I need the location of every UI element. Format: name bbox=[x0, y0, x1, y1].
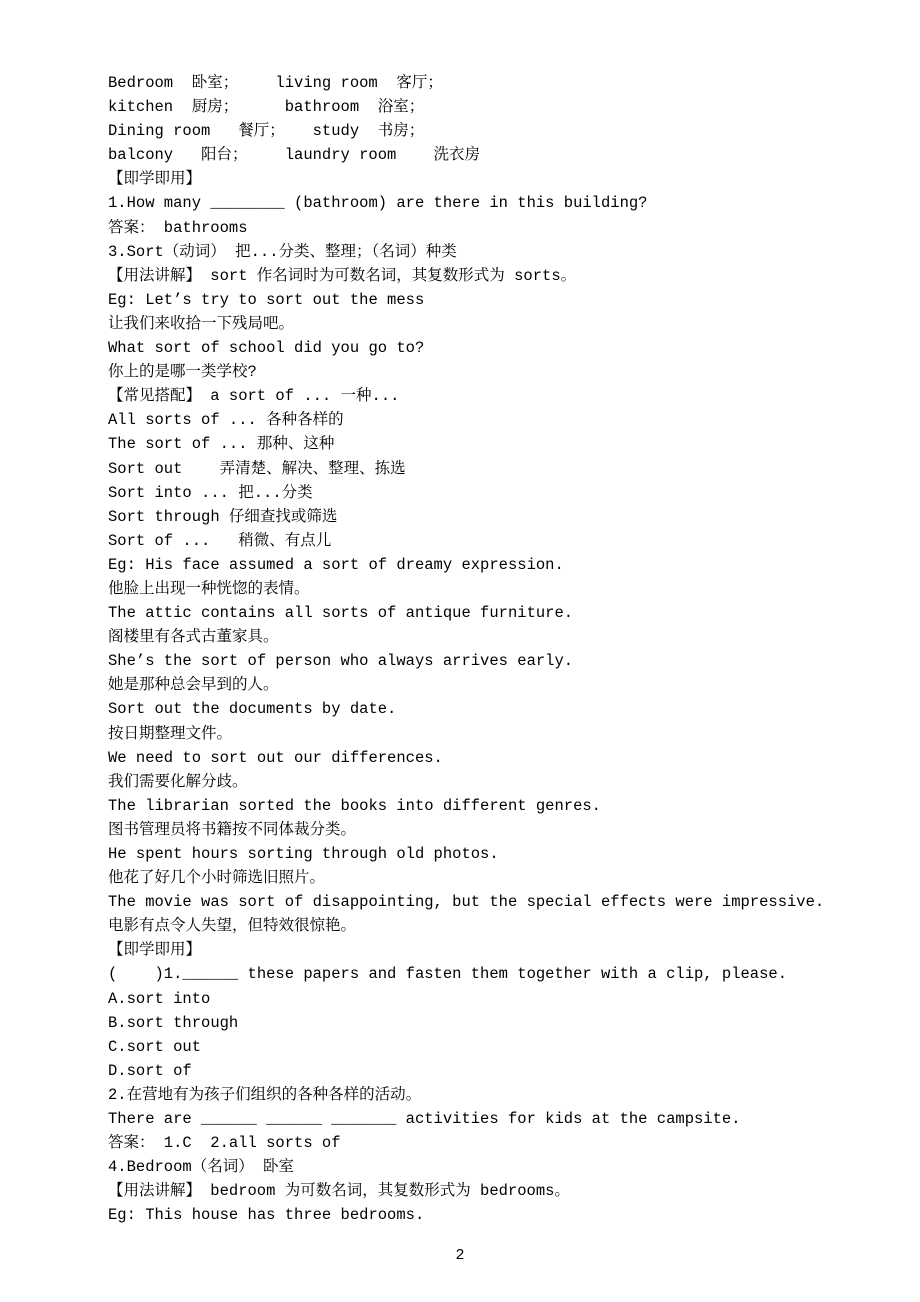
document-line: She’s the sort of person who always arri… bbox=[108, 649, 910, 673]
document-line: 他脸上出现一种恍惚的表情。 bbox=[108, 577, 910, 601]
document-line: The attic contains all sorts of antique … bbox=[108, 601, 910, 625]
document-line: Eg: His face assumed a sort of dreamy ex… bbox=[108, 553, 910, 577]
document-line: 4.Bedroom（名词） 卧室 bbox=[108, 1155, 910, 1179]
document-line: Sort out the documents by date. bbox=[108, 697, 910, 721]
document-line: The movie was sort of disappointing, but… bbox=[108, 890, 910, 914]
document-line: 【用法讲解】 bedroom 为可数名词，其复数形式为 bedrooms。 bbox=[108, 1179, 910, 1203]
section-header: 【常见搭配】 a sort of ... 一种... bbox=[108, 384, 910, 408]
document-line: 3.Sort（动词） 把...分类、整理；（名词）种类 bbox=[108, 240, 910, 264]
document-line: 2.在营地有为孩子们组织的各种各样的活动。 bbox=[108, 1083, 910, 1107]
document-line: 电影有点令人失望，但特效很惊艳。 bbox=[108, 914, 910, 938]
section-header: 【即学即用】 bbox=[108, 167, 910, 191]
document-line: Sort through 仔细查找或筛选 bbox=[108, 505, 910, 529]
document-line: Sort out 弄清楚、解决、整理、拣选 bbox=[108, 457, 910, 481]
document-line: 阁楼里有各式古董家具。 bbox=[108, 625, 910, 649]
document-line: balcony 阳台； laundry room 洗衣房 bbox=[108, 143, 910, 167]
document-line: 你上的是哪一类学校? bbox=[108, 360, 910, 384]
section-header: 【即学即用】 bbox=[108, 938, 910, 962]
document-line: Eg: This house has three bedrooms. bbox=[108, 1203, 910, 1227]
answer-line: 答案： 1.C 2.all sorts of bbox=[108, 1131, 910, 1155]
document-line: The sort of ... 那种、这种 bbox=[108, 432, 910, 456]
choice-a: A.sort into bbox=[108, 987, 910, 1011]
document-line: There are ______ ______ _______ activiti… bbox=[108, 1107, 910, 1131]
choice-b: B.sort through bbox=[108, 1011, 910, 1035]
document-line: 图书管理员将书籍按不同体裁分类。 bbox=[108, 818, 910, 842]
document-line: 按日期整理文件。 bbox=[108, 722, 910, 746]
document-line: What sort of school did you go to? bbox=[108, 336, 910, 360]
document-line: Eg: Let’s try to sort out the mess bbox=[108, 288, 910, 312]
document-line: The librarian sorted the books into diff… bbox=[108, 794, 910, 818]
answer-line: 答案： bathrooms bbox=[108, 216, 910, 240]
document-line: 让我们来收拾一下残局吧。 bbox=[108, 312, 910, 336]
document-line: 1.How many ________ (bathroom) are there… bbox=[108, 191, 910, 215]
document-body: Bedroom 卧室； living room 客厅； kitchen 厨房； … bbox=[108, 71, 910, 1228]
document-line: 我们需要化解分歧。 bbox=[108, 770, 910, 794]
document-line: All sorts of ... 各种各样的 bbox=[108, 408, 910, 432]
document-line: 她是那种总会早到的人。 bbox=[108, 673, 910, 697]
choice-c: C.sort out bbox=[108, 1035, 910, 1059]
document-line: Sort of ... 稍微、有点儿 bbox=[108, 529, 910, 553]
document-line: Sort into ... 把...分类 bbox=[108, 481, 910, 505]
section-header: 【用法讲解】 sort 作名词时为可数名词，其复数形式为 sorts。 bbox=[108, 264, 910, 288]
document-page: Bedroom 卧室； living room 客厅； kitchen 厨房； … bbox=[0, 0, 920, 1302]
document-line: He spent hours sorting through old photo… bbox=[108, 842, 910, 866]
question-line: ( )1.______ these papers and fasten them… bbox=[108, 962, 910, 986]
choice-d: D.sort of bbox=[108, 1059, 910, 1083]
document-line: Bedroom 卧室； living room 客厅； bbox=[108, 71, 910, 95]
document-line: Dining room 餐厅； study 书房； bbox=[108, 119, 910, 143]
page-number: 2 bbox=[0, 1246, 920, 1266]
document-line: We need to sort out our differences. bbox=[108, 746, 910, 770]
document-line: 他花了好几个小时筛选旧照片。 bbox=[108, 866, 910, 890]
document-line: kitchen 厨房； bathroom 浴室； bbox=[108, 95, 910, 119]
